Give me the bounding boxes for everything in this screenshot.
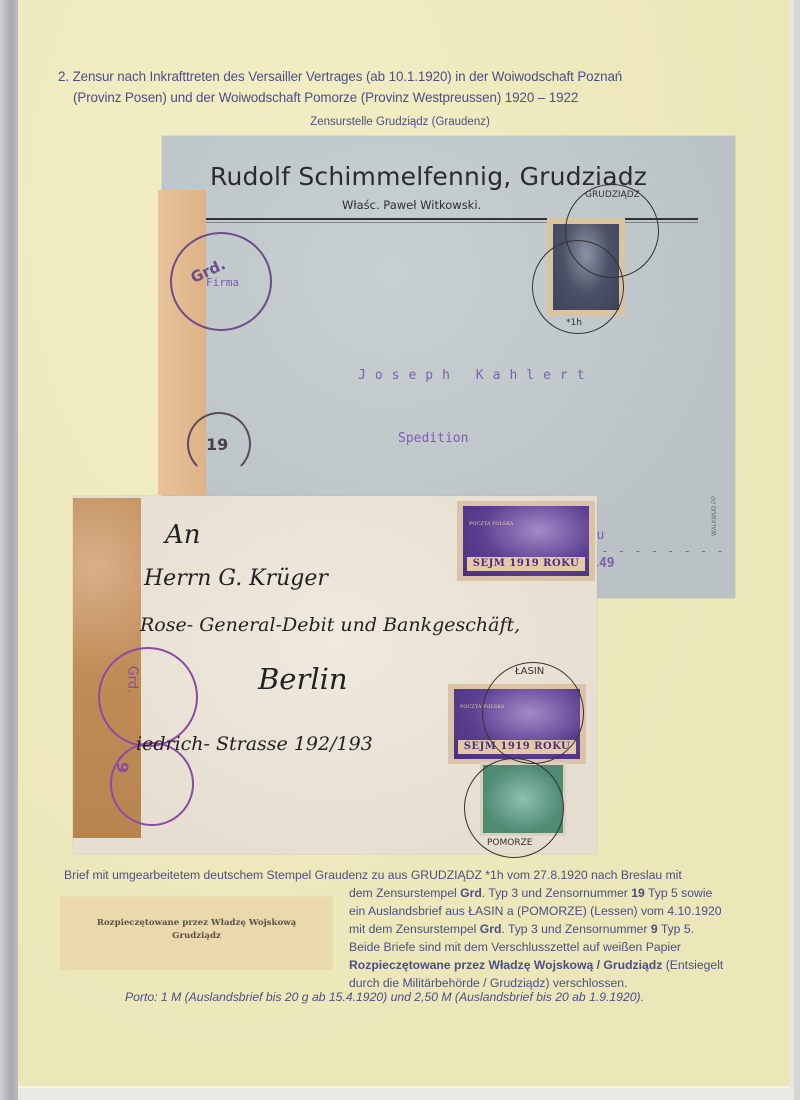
postmark-lasin-top: ŁASIN <box>515 666 544 677</box>
postmark-lasin <box>482 662 584 764</box>
description-line-0: Brief mit umgearbeitetem deutschem Stemp… <box>64 866 682 884</box>
page-title: 2. Zensur nach Inkrafttreten des Versail… <box>58 66 758 108</box>
handwritten-street: iedrich- Strasse 192/193 <box>136 733 373 755</box>
censor-number-19: 19 <box>206 435 228 454</box>
description-line-1: dem Zensurstempel Grd. Typ 3 und Zensorn… <box>349 884 749 902</box>
firma-stamp: Firma <box>206 276 239 289</box>
scan-right-edge <box>794 0 800 1100</box>
postage-stamp-violet-1: POCZTA POLSKA SEJM 1919 ROKU <box>457 501 595 581</box>
porto-note: Porto: 1 M (Auslandsbrief bis 20 g ab 15… <box>125 990 644 1004</box>
scan-left-edge <box>0 0 18 1100</box>
title-line-1: 2. Zensur nach Inkrafttreten des Versail… <box>58 69 622 84</box>
title-line-2: (Provinz Posen) und der Woiwodschaft Pom… <box>58 87 758 108</box>
description-line-3: mit dem Zensurstempel Grd. Typ 3 und Zen… <box>349 920 749 938</box>
closure-label-specimen: Rozpieczętowane przez Władzę Wojskową Gr… <box>61 897 332 969</box>
censor-number-9: 9 <box>113 762 132 773</box>
description-line-2: ein Auslandsbrief aus ŁASIN a (POMORZE) … <box>349 902 749 920</box>
printer-mark: WALKMÜD PP <box>712 496 718 536</box>
handwritten-recipient: Herrn G. Krüger <box>144 566 328 591</box>
page-subtitle: Zensurstelle Grudziądz (Graudenz) <box>0 116 800 128</box>
description-block: dem Zensurstempel Grd. Typ 3 und Zensorn… <box>349 884 749 992</box>
stamp-country: POCZTA POLSKA <box>469 521 513 527</box>
postmark-bottom-text: *1h <box>566 318 582 328</box>
sender-letterhead: Rudolf Schimmelfennig, Grudziadz <box>210 162 647 191</box>
censor-stamp-grd-2: Grd. <box>124 666 139 694</box>
recipient-name: Joseph Kahlert <box>358 368 594 383</box>
censor-stamp-grd-ring-2 <box>98 647 198 747</box>
scan-bottom-edge <box>18 1088 794 1100</box>
postmark-lasin-bottom: POMORZE <box>487 838 532 848</box>
description-line-5: Rozpieczętowane przez Władzę Wojskową / … <box>349 956 749 974</box>
description-line-4: Beide Briefe sind mit dem Verschlusszett… <box>349 938 749 956</box>
closure-label-text: Rozpieczętowane przez Władzę Wojskową Gr… <box>61 917 332 943</box>
postmark-top-text: GRUDZIĄDZ <box>585 190 640 200</box>
recipient-company: Spedition <box>398 431 468 446</box>
handwritten-city: Berlin <box>258 662 348 696</box>
sender-owner: Właśc. Paweł Witkowski. <box>342 198 481 212</box>
handwritten-company: Rose- General-Debit und Bankgeschäft, <box>140 614 520 636</box>
stamp-banner: SEJM 1919 ROKU <box>467 557 585 571</box>
handwritten-an: An <box>165 520 201 550</box>
